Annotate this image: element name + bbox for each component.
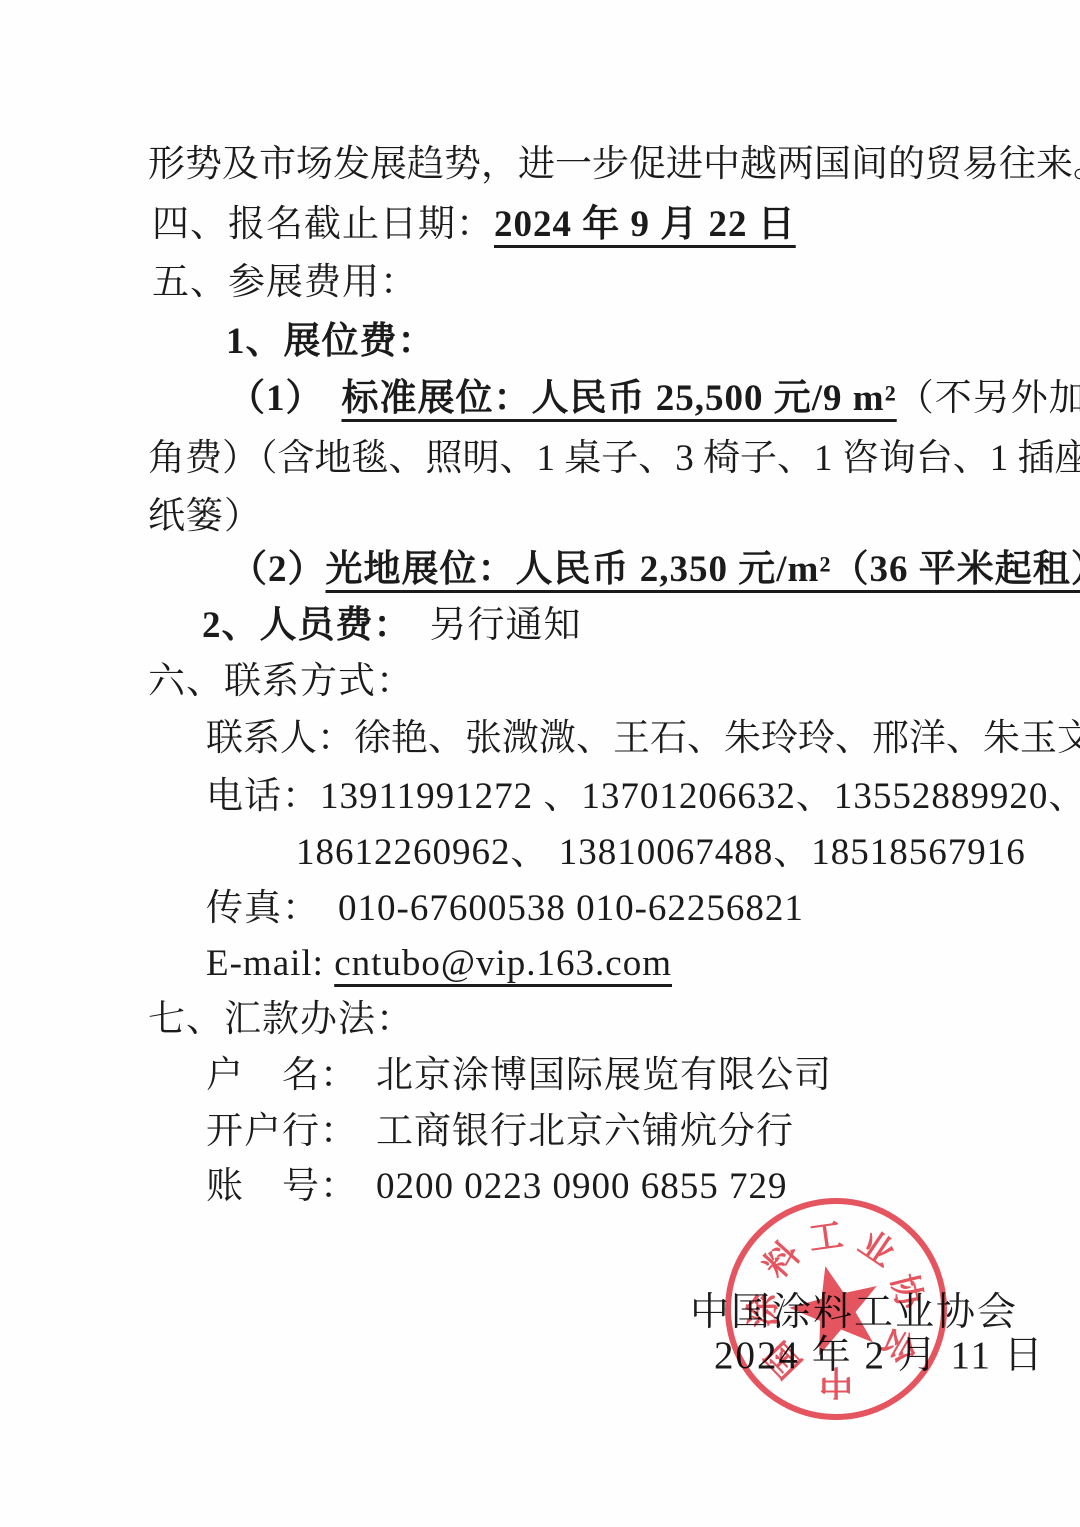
standard-booth-price: 标准展位：人民币 25,500 元/9 m² xyxy=(342,378,897,419)
standard-booth-index: （1） xyxy=(228,378,324,419)
phone-line-2: 18612260962、 13810067488、18518567916 xyxy=(296,830,1026,876)
personnel-fee-value: 另行通知 xyxy=(430,605,582,646)
contact-title: 六、联系方式： xyxy=(148,659,414,705)
account-name-value: 北京涂博国际展览有限公司 xyxy=(376,1055,832,1096)
booth-fee-title: 1、展位费： xyxy=(226,319,436,365)
deadline-value: 2024 年 9 月 22 日 xyxy=(494,204,796,245)
contact-persons-line: 联系人：徐艳、张溦溦、王石、朱玲玲、邢洋、朱玉文 xyxy=(206,716,1080,762)
fax-label: 传真： xyxy=(206,888,320,929)
phone-label: 电话： xyxy=(206,776,320,817)
standard-booth-cont2: 纸篓） xyxy=(148,494,262,540)
email-label: E-mail: xyxy=(206,943,324,984)
standard-booth-line: （1）标准展位：人民币 25,500 元/9 m²（不另外加收拐 xyxy=(228,376,1080,422)
personnel-fee-line: 2、人员费：另行通知 xyxy=(202,603,582,649)
seal-char: 工 xyxy=(805,1207,845,1260)
phone-numbers-1: 13911991272 、13701206632、13552889920、 xyxy=(320,776,1080,817)
document-page: 中 国 涂 料 工 业 协 会 形势及市场发展趋势，进一步促进中越两国间的贸易往… xyxy=(0,0,1080,1527)
standard-booth-cont1: 角费）（含地毯、照明、1 桌子、3 椅子、1 咨询台、1 插座，1 xyxy=(148,436,1080,482)
signature-date: 2024 年 2 月 11 日 xyxy=(714,1324,1045,1380)
account-name-label: 户 名： xyxy=(206,1055,358,1096)
deadline-line: 四、报名截止日期：2024 年 9 月 22 日 xyxy=(152,202,796,248)
contact-label: 联系人： xyxy=(206,718,354,759)
intro-line: 形势及市场发展趋势，进一步促进中越两国间的贸易往来。 xyxy=(148,142,1080,188)
account-number-label: 账 号： xyxy=(206,1166,358,1207)
remittance-title: 七、汇款办法： xyxy=(148,997,414,1043)
phone-line-1: 电话：13911991272 、13701206632、13552889920、 xyxy=(206,774,1080,820)
email-line: E-mail: cntubo@vip.163.com xyxy=(206,941,672,987)
standard-booth-note: （不另外加收拐 xyxy=(897,378,1080,419)
deadline-label: 四、报名截止日期： xyxy=(152,204,494,245)
fees-title: 五、参展费用： xyxy=(152,260,418,306)
raw-space-price: 光地展位：人民币 2,350 元/m²（36 平米起租） xyxy=(326,549,1080,590)
account-name-line: 户 名：北京涂博国际展览有限公司 xyxy=(206,1053,832,1099)
email-address: cntubo@vip.163.com xyxy=(334,943,672,984)
bank-label: 开户行： xyxy=(206,1111,358,1152)
bank-line: 开户行：工商银行北京六铺炕分行 xyxy=(206,1109,794,1155)
bank-value: 工商银行北京六铺炕分行 xyxy=(376,1111,794,1152)
raw-space-index: （2） xyxy=(230,549,326,590)
fax-line: 传真：010-67600538 010-62256821 xyxy=(206,886,804,932)
contact-value: 徐艳、张溦溦、王石、朱玲玲、邢洋、朱玉文 xyxy=(354,718,1080,759)
account-number-line: 账 号：0200 0223 0900 6855 729 xyxy=(206,1164,788,1210)
fax-numbers: 010-67600538 010-62256821 xyxy=(338,888,804,929)
personnel-fee-label: 2、人员费： xyxy=(202,605,412,646)
raw-space-booth-line: （2）光地展位：人民币 2,350 元/m²（36 平米起租） xyxy=(230,547,1080,593)
